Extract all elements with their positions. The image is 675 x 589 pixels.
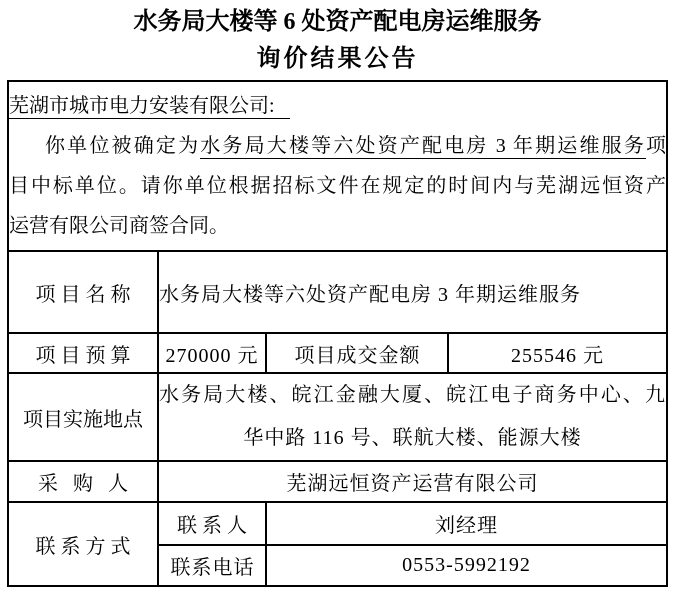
location-label: 项目实施地点 [8, 373, 158, 461]
notice-row: 芜湖市城市电力安装有限公司: 你单位被确定为水务局大楼等六处资产配电房 3 年期… [8, 81, 667, 251]
location-row: 项目实施地点 水务局大楼、皖江金融大厦、皖江电子商务中心、九 华中路 116 号… [8, 373, 667, 461]
contact-label: 联系方式 [8, 502, 158, 586]
budget-value: 270000 元 [158, 333, 266, 373]
project-name-label: 项目名称 [8, 251, 158, 333]
notice-paragraph-line-3: 运营有限公司商签合同。 [9, 206, 666, 246]
contact-person-label: 联系人 [158, 502, 266, 545]
location-line-1: 水务局大楼、皖江金融大厦、皖江电子商务中心、九 [159, 374, 666, 417]
notice-salutation: 芜湖市城市电力安装有限公司: [9, 86, 666, 126]
paragraph-lead: 你单位被确定为 [9, 135, 200, 157]
deal-amount-value: 255546 元 [448, 333, 667, 373]
salutation-text: 芜湖市城市电力安装有限公司: [9, 95, 290, 119]
contact-phone-label: 联系电话 [158, 545, 266, 586]
contact-person-row: 联系方式 联系人 刘经理 [8, 502, 667, 545]
contact-phone-value: 0553-5992192 [266, 545, 667, 586]
notice-paragraph-line-1: 你单位被确定为水务局大楼等六处资产配电房 3 年期运维服务项 [9, 126, 666, 166]
notice-paragraph-line-2: 目中标单位。请你单位根据招标文件在规定的时间内与芜湖远恒资产 [9, 166, 666, 206]
budget-label: 项目预算 [8, 333, 158, 373]
title-line-2: 询价结果公告 [0, 41, 675, 78]
notice-cell: 芜湖市城市电力安装有限公司: 你单位被确定为水务局大楼等六处资产配电房 3 年期… [8, 81, 667, 251]
purchaser-value: 芜湖远恒资产运营有限公司 [158, 461, 667, 502]
underlined-project-name: 水务局大楼等六处资产配电房 3 年期运维服务 [200, 135, 646, 159]
deal-amount-label: 项目成交金额 [266, 333, 448, 373]
project-name-value: 水务局大楼等六处资产配电房 3 年期运维服务 [158, 251, 667, 333]
purchaser-label: 采购人 [8, 461, 158, 502]
budget-row: 项目预算 270000 元 项目成交金额 255546 元 [8, 333, 667, 373]
paragraph-tail: 项 [646, 135, 666, 157]
page-title: 水务局大楼等 6 处资产配电房运维服务 询价结果公告 [0, 0, 675, 78]
purchaser-row: 采购人 芜湖远恒资产运营有限公司 [8, 461, 667, 502]
result-table: 芜湖市城市电力安装有限公司: 你单位被确定为水务局大楼等六处资产配电房 3 年期… [7, 80, 668, 587]
location-line-2: 华中路 116 号、联航大楼、能源大楼 [159, 417, 666, 460]
contact-person-value: 刘经理 [266, 502, 667, 545]
location-value: 水务局大楼、皖江金融大厦、皖江电子商务中心、九 华中路 116 号、联航大楼、能… [158, 373, 667, 461]
project-name-row: 项目名称 水务局大楼等六处资产配电房 3 年期运维服务 [8, 251, 667, 333]
title-line-1: 水务局大楼等 6 处资产配电房运维服务 [0, 4, 675, 41]
announcement-page: 水务局大楼等 6 处资产配电房运维服务 询价结果公告 芜湖市城市电力安装有限公司… [0, 0, 675, 589]
